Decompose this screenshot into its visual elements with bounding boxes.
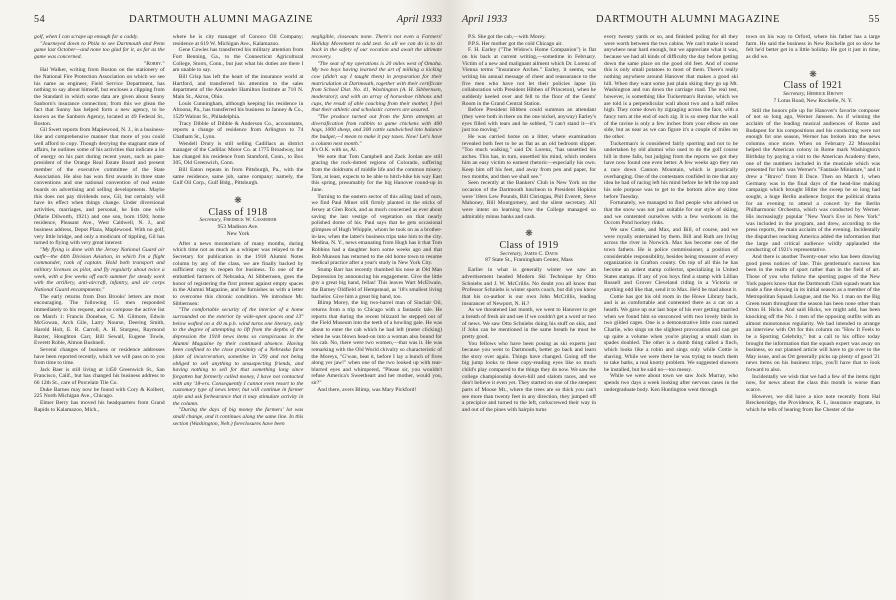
secretary-address: 87 State St., Framingham Center, Mass [462, 257, 596, 264]
section-ornament-icon: ❋ [173, 197, 304, 204]
secretary-address: 953 Madison Ave. [173, 224, 304, 231]
magazine-title: DARTMOUTH ALUMNI MAGAZINE [596, 14, 780, 25]
secretary-line: Secretary, James C. Davis [462, 251, 596, 258]
secretary-label: Secretary, [200, 217, 222, 223]
column: town on his way to Orford, where his fat… [746, 34, 880, 414]
paragraph: Louis Cunningham, although keeping his r… [173, 101, 304, 121]
class-heading: Class of 1921 [746, 83, 880, 90]
paragraph: Elmer Berry has moved his headquarters f… [34, 400, 165, 413]
paragraph: Wendell Drury is still selling Cadillacs… [173, 141, 304, 168]
paragraph: And there, avers Blimp, was Mary Pickfor… [311, 387, 442, 394]
section-ornament-icon: ❋ [746, 71, 880, 78]
paragraph: Seen recently at the Bankers' Club in Ne… [462, 180, 596, 220]
paragraph: Cottie has got his old room in the Howe … [604, 294, 738, 374]
paragraph: Blimp Morey, the big two-barrel man of S… [311, 300, 442, 387]
secretary-line: Secretary, Herrick Brown [746, 91, 880, 98]
paragraph: He was carried home on a litter, where e… [462, 134, 596, 181]
right-page: April 1933 DARTMOUTH ALUMNI MAGAZINE 55 … [448, 0, 896, 600]
section-ornament-icon: ❋ [462, 230, 596, 237]
paragraph: As we threatened last month, we went to … [462, 307, 596, 340]
paragraph: Turning to the eastern sector of this ai… [311, 194, 442, 267]
secretary-address: 7 Lotus Road, New Rochelle, N. Y. [746, 98, 880, 105]
paragraph: golf, when I can scrape up enough for a … [34, 34, 165, 41]
secretary-label: Secretary, [783, 91, 805, 97]
paragraph: Incidentally we wish that we had a few o… [746, 374, 880, 394]
secretary-address: New York [173, 231, 304, 238]
secretary-name: Fredrick W. Cassebeer [223, 217, 276, 223]
paragraph: "The comfortable security of the interio… [173, 307, 304, 407]
column-grid: P.S. She got the cab,—with Morey.P.P.S. … [462, 34, 880, 414]
paragraph: We saw Cottie, and Max, and Bill, of cou… [604, 227, 738, 294]
column-grid: golf, when I can scrape up enough for a … [34, 34, 442, 427]
class-heading: Class of 1918 [173, 210, 304, 217]
left-page: 54 DARTMOUTH ALUMNI MAGAZINE April 1933 … [0, 0, 448, 600]
paragraph: Before President Hibben could summon an … [462, 107, 596, 134]
column: P.S. She got the cab,—with Morey.P.P.S. … [462, 34, 596, 414]
secretary-name: James C. Davis [524, 251, 558, 257]
paragraph: Jack Baer is still living at 1450 Greenw… [34, 367, 165, 387]
secretary-label: Secretary, [500, 251, 522, 257]
page-number: 54 [34, 14, 45, 25]
paragraph: We note that Tom Campbell and Zack Jorda… [311, 154, 442, 194]
issue-date: April 1933 [462, 14, 507, 25]
paragraph: Tuckerman's is considered fairly sportin… [604, 141, 738, 201]
paragraph: And there is another Twenty-oner who has… [746, 254, 880, 374]
column: where he is city manager of Conoco Oil C… [173, 34, 304, 427]
paragraph: "Journeyed down to Phila to see Dartmout… [34, 41, 165, 61]
column: negligible, closeouts none. There's not … [311, 34, 442, 427]
paragraph: While we were about town we saw Jock Mur… [604, 373, 738, 393]
paragraph: where he is city manager of Conoco Oil C… [173, 34, 304, 47]
column: golf, when I can scrape up enough for a … [34, 34, 165, 427]
paragraph: P.S. She got the cab,—with Morey. [462, 34, 596, 41]
paragraph: negligible, closeouts none. There's not … [311, 34, 442, 61]
paragraph: Tracy Dibble of Dibble & Anderson Co., a… [173, 121, 304, 141]
running-head: 54 DARTMOUTH ALUMNI MAGAZINE April 1933 [34, 14, 442, 28]
paragraph: town on his way to Orford, where his fat… [746, 34, 880, 61]
paragraph: "My flying is done with the Jersey Natio… [34, 247, 165, 294]
paragraph: "The seat of my operations is 20 miles w… [311, 61, 442, 114]
paragraph: "The produce turned out from the farm at… [311, 114, 442, 147]
magazine-spread: 54 DARTMOUTH ALUMNI MAGAZINE April 1933 … [0, 0, 896, 600]
running-head: April 1933 DARTMOUTH ALUMNI MAGAZINE 55 [462, 14, 880, 28]
paragraph: Gil Swett reports from Maplewood, N. J.,… [34, 127, 165, 247]
paragraph: Bill Crisp has left the heart of the ins… [173, 74, 304, 101]
secretary-line: Secretary, Fredrick W. Cassebeer [173, 217, 304, 224]
paragraph: You fellows who have been posing as ski … [462, 341, 596, 414]
paragraph: every twenty yards or so, and finished p… [604, 34, 738, 141]
paragraph: However, we did have a nice note recentl… [746, 394, 880, 414]
paragraph: After a news moratorium of many months, … [173, 241, 304, 308]
paragraph: Bill Eaton repeats in from Pittsburgh, P… [173, 167, 304, 187]
paragraph: Still the honors pile up for Hanover's f… [746, 108, 880, 254]
paragraph: Duke Barnes may now be found with Cory &… [34, 387, 165, 400]
magazine-title: DARTMOUTH ALUMNI MAGAZINE [129, 14, 313, 25]
secretary-name: Herrick Brown [807, 91, 843, 97]
class-heading: Class of 1919 [462, 243, 596, 250]
paragraph: Several changes of business or residence… [34, 347, 165, 367]
page-number: 55 [869, 14, 880, 25]
issue-date: April 1933 [397, 14, 442, 25]
paragraph: The early returns from Don Brooks' lette… [34, 294, 165, 347]
paragraph: Earlier in what is generally winter we s… [462, 267, 596, 307]
paragraph: Fortunately, we managed to find people w… [604, 200, 738, 227]
paragraph: Hal Walker, writing from Boston on the s… [34, 67, 165, 127]
paragraph: "During the days of big money the farmer… [173, 407, 304, 427]
paragraph: Gene Cowles has transferred his military… [173, 47, 304, 74]
paragraph: F. H. Earley ("The Widow's Home Companio… [462, 47, 596, 107]
paragraph: It's O.K. with us, Al. [311, 147, 442, 154]
paragraph: Stump Barr has recently thumbed his nose… [311, 267, 442, 300]
column: every twenty yards or so, and finished p… [604, 34, 738, 414]
